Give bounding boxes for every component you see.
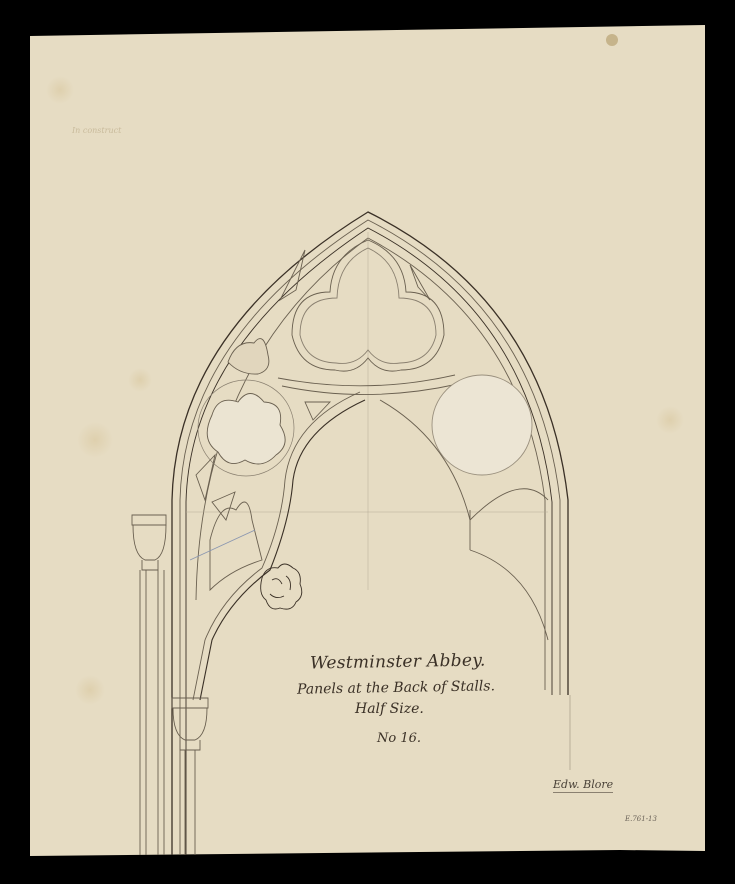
artist-signature: Edw. Blore: [553, 778, 613, 793]
drawing-title: Westminster Abbey.: [310, 650, 486, 673]
faint-pencil-note: In construct: [72, 126, 121, 135]
paper: [30, 25, 705, 856]
scale-note: Half Size.: [355, 701, 424, 717]
accession-number: E.761-13: [625, 815, 657, 823]
drawing-sheet: In construct Westminster Abbey. Panels a…: [0, 0, 735, 884]
sheet-number: No 16.: [377, 731, 421, 746]
